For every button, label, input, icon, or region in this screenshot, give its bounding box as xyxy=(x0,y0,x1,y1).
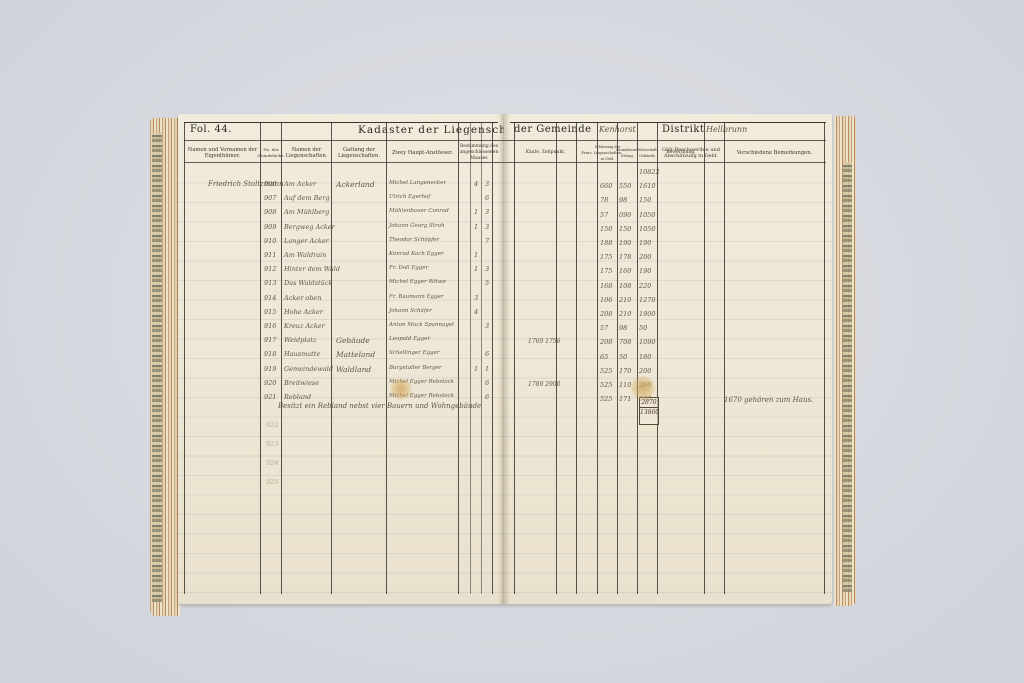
cell: 090 xyxy=(619,211,631,219)
cell: Waldland xyxy=(336,365,371,374)
cell: 188 xyxy=(600,239,612,247)
cell: 1 xyxy=(474,265,478,273)
cell: 4 xyxy=(474,308,478,316)
cell: 550 xyxy=(619,182,631,190)
cell: 106 xyxy=(600,296,612,304)
cell: 190 xyxy=(619,239,631,247)
cell: 190 xyxy=(639,267,651,275)
cell: Bergweg Acker xyxy=(284,223,335,231)
cell: 1769 1756 xyxy=(528,338,560,345)
cell: Schellinger Egger xyxy=(389,350,440,356)
cell: 178 xyxy=(619,253,631,261)
cell: Am Mühlberg xyxy=(284,208,329,216)
cell: 175 xyxy=(600,253,612,261)
cell: 909 xyxy=(264,223,276,231)
cell: 108 xyxy=(619,282,631,290)
cell: 98 xyxy=(619,196,627,204)
cell: 6 xyxy=(485,379,489,387)
cell: Michel Langenecker xyxy=(389,180,446,186)
cell: 150 xyxy=(600,225,612,233)
cell: 3 xyxy=(485,265,489,273)
cell: 65 xyxy=(600,353,608,361)
ruled-lines xyxy=(504,164,832,594)
cell: 171 xyxy=(619,395,631,403)
cell: 525 xyxy=(600,381,612,389)
row-number: 925 xyxy=(266,478,278,486)
sum-box: 2870 13860 xyxy=(639,397,659,425)
cell: 919 xyxy=(264,365,276,373)
cell: 3 xyxy=(485,208,489,216)
cell: 906 xyxy=(264,180,276,188)
stain xyxy=(390,378,412,400)
cell: 150 xyxy=(619,225,631,233)
cell: 50 xyxy=(639,324,647,332)
cell: 1 xyxy=(474,208,478,216)
cell: 7 xyxy=(485,237,489,245)
cell: Am Acker xyxy=(284,180,316,188)
cell: 1050 xyxy=(639,211,656,219)
cell: 175 xyxy=(600,267,612,275)
cell: 3 xyxy=(474,294,478,302)
cell: 98 xyxy=(619,324,627,332)
cell: 150 xyxy=(639,196,651,204)
cell: Breitwiese xyxy=(284,379,319,387)
cell: Hinter dem Wald xyxy=(284,265,340,273)
cell: 1789 2900 xyxy=(528,381,560,388)
cell: 50 xyxy=(619,353,627,361)
page-title: Kadaster der Liegenschaften xyxy=(358,124,504,140)
ledger-book: Fol. 44. Kadaster der Liegenschaften Nam… xyxy=(150,112,862,618)
district-label: Distrikt xyxy=(662,124,704,140)
cell: Das Waldstück xyxy=(284,279,332,287)
cell: 3 xyxy=(485,322,489,330)
cell: Konrad Koch Egger xyxy=(389,251,444,257)
cell: 180 xyxy=(639,353,651,361)
cell: 921 xyxy=(264,393,276,401)
cell: 57 xyxy=(600,324,608,332)
cell: 170 xyxy=(619,367,631,375)
cell: 220 xyxy=(639,282,651,290)
col-header-neighbors: Zwey Haupt-Anstösser. xyxy=(387,141,458,165)
cell: Leopold Egger xyxy=(389,336,430,342)
cell: Rebland xyxy=(284,393,311,401)
cell: 914 xyxy=(264,294,276,302)
cell: 190 xyxy=(639,239,651,247)
cell: Auf dem Berg xyxy=(284,194,329,202)
cell: 525 xyxy=(600,395,612,403)
cell: Hohe Acker xyxy=(284,308,323,316)
cell: Theodor Schöpfer xyxy=(389,237,439,243)
cell: 6 xyxy=(485,194,489,202)
marbled-edge-right xyxy=(843,162,852,592)
stain xyxy=(630,376,656,400)
col-header-purchases: Käufe. Zeitpunkt. xyxy=(515,141,576,165)
cell: 6 xyxy=(485,350,489,358)
cell: Langer Acker xyxy=(284,237,329,245)
cell: Ulrich Egerhof xyxy=(389,194,430,200)
cell: 3 xyxy=(485,223,489,231)
cell: Kreuz Acker xyxy=(284,322,325,330)
municipality-label: der Gemeinde xyxy=(514,124,592,140)
cell: Ackerland xyxy=(336,180,375,189)
cell: Hausmatte xyxy=(284,350,320,358)
cell: 915 xyxy=(264,308,276,316)
cell: 1 xyxy=(474,223,478,231)
cell: Acker oben xyxy=(284,294,321,302)
marbled-edge-left xyxy=(152,132,162,602)
cell: Fr. Baumann Egger xyxy=(389,294,443,300)
row-number: 924 xyxy=(266,459,278,467)
cell: Michel Egger Witwe xyxy=(389,279,446,285)
cell: Anton Mack Spannagel xyxy=(389,322,454,328)
folio-number: Fol. 44. xyxy=(190,124,232,140)
right-page: der Gemeinde Kenhorst Distrikt Hellbrunn… xyxy=(504,114,832,604)
cell: 1 xyxy=(474,365,478,373)
cell: 168 xyxy=(600,282,612,290)
cell: 912 xyxy=(264,265,276,273)
cell: 913 xyxy=(264,279,276,287)
cell: 5 xyxy=(485,279,489,287)
footer-note: Besitzt ein Rebland nebst vier Bauern un… xyxy=(278,402,481,410)
cell: Burgstaller Berger xyxy=(389,365,442,371)
col-header-tax-yield: Grundsteuer Ertrag. xyxy=(618,141,637,165)
cell: 208 xyxy=(600,338,612,346)
cell: 911 xyxy=(264,251,276,259)
cell: 708 xyxy=(619,338,631,346)
col-header-number: No. der Grundstücke. xyxy=(261,141,281,165)
cell: Gebäude xyxy=(336,336,370,345)
cell: 208 xyxy=(600,310,612,318)
col-header-buildings: Wirtschaft Gebäude. xyxy=(638,141,657,165)
sum-total: 13860 xyxy=(640,407,658,417)
cell: 918 xyxy=(264,350,276,358)
cell: Matteland xyxy=(336,350,375,359)
cell: 1050 xyxy=(639,225,656,233)
col-header-owner: Namen und Vornamen der Eigenthümer. xyxy=(185,141,260,165)
cell: Mühlenbauer Conrad xyxy=(389,208,449,214)
cell: 525 xyxy=(600,367,612,375)
cell: 660 xyxy=(600,182,612,190)
cell: Fr. Doll Egger xyxy=(389,265,428,271)
cell: Weidplatz xyxy=(284,336,316,344)
cell: 57 xyxy=(600,211,608,219)
col-header-property-type: Gattung der Liegenschaften. xyxy=(332,141,386,165)
cell: Johann Schäfer xyxy=(389,308,432,314)
cell: 4 xyxy=(474,180,478,188)
col-header-property-name: Namen der Liegenschaften. xyxy=(282,141,331,165)
left-page: Fol. 44. Kadaster der Liegenschaften Nam… xyxy=(178,114,504,604)
cell: 1090 xyxy=(639,338,656,346)
cell: 917 xyxy=(264,336,276,344)
ruled-lines xyxy=(178,164,504,594)
row-number: 923 xyxy=(266,440,278,448)
col-header-remarks: Verschiedene Bemerkungen. xyxy=(725,141,824,165)
cell: 907 xyxy=(264,194,276,202)
book-gutter xyxy=(498,114,510,604)
row-number: 922 xyxy=(266,421,278,429)
cell: 210 xyxy=(619,310,631,318)
cell: 6 xyxy=(485,393,489,401)
district-name: Hellbrunn xyxy=(706,125,747,134)
cell: 916 xyxy=(264,322,276,330)
cell: 78 xyxy=(600,196,608,204)
cell: 200 xyxy=(639,253,651,261)
cell: 908 xyxy=(264,208,276,216)
cell: 1900 xyxy=(639,310,656,318)
cell: Johann Georg Stroh xyxy=(389,223,445,229)
cell: 160 xyxy=(619,267,631,275)
cell: 920 xyxy=(264,379,276,387)
cell: 200 xyxy=(639,367,651,375)
cell: 1610 xyxy=(639,182,656,190)
cell: 1270 xyxy=(639,296,656,304)
col-header-measure: Bestimmung des angeschlossenen Maases xyxy=(459,141,499,165)
cell: 1 xyxy=(474,251,478,259)
col-header-valuation: Schätzung der Liegenschaften in Geld. xyxy=(598,141,617,165)
cell: 210 xyxy=(619,296,631,304)
col-header-encumbrances: Gült-Beschwerden und Abschätzung in Geld… xyxy=(658,141,724,165)
cell: 1 xyxy=(485,365,489,373)
cell: Gemeindewald xyxy=(284,365,333,373)
cell: 910 xyxy=(264,237,276,245)
cell: Am Waldrain xyxy=(284,251,326,259)
remark-text: 1670 gehören zum Haus. xyxy=(724,396,813,404)
cell: 3 xyxy=(485,180,489,188)
cell: 10822 xyxy=(639,168,660,176)
